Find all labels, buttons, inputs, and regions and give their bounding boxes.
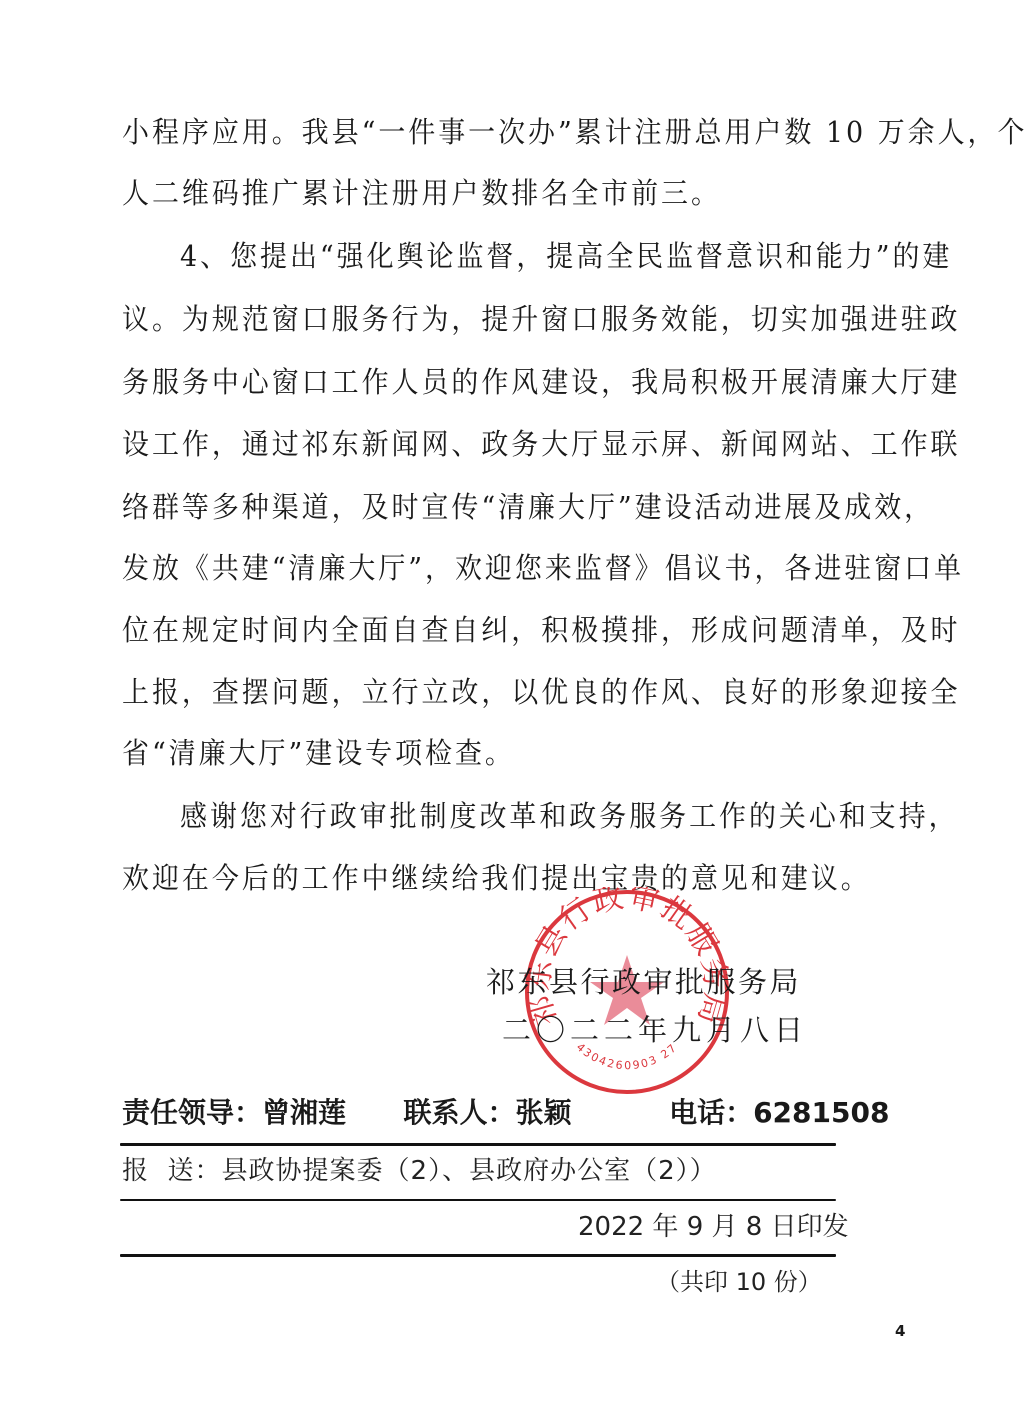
- phone-label: 电话：: [669, 1096, 753, 1129]
- issue-date: 2022 年 9 月 8 日印发: [578, 1207, 849, 1247]
- signature-date: 二〇二二年九月八日: [502, 1010, 808, 1050]
- leader-name: 曾湘莲: [262, 1096, 346, 1129]
- page-number: 4: [895, 1322, 905, 1340]
- body-line: 设工作，通过祁东新闻网、政务大厅显示屏、新闻网站、工作联: [122, 424, 960, 464]
- body-line: 务服务中心窗口工作人员的作风建设，我局积极开展清廉大厅建: [122, 362, 960, 402]
- body-line: 发放《共建“清廉大厅”，欢迎您来监督》倡议书，各进驻窗口单: [122, 548, 964, 588]
- body-line: 上报，查摆问题，立行立改，以优良的作风、良好的形象迎接全: [122, 672, 960, 712]
- body-line: 省“清廉大厅”建设专项检查。: [122, 733, 515, 773]
- divider: [120, 1143, 836, 1146]
- document-page: 小程序应用。我县“一件事一次办”累计注册总用户数 10 万余人，个 人二维码推广…: [0, 0, 1024, 1407]
- contact-name: 张颖: [516, 1096, 572, 1129]
- body-line: 位在规定时间内全面自查自纠，积极摸排，形成问题清单，及时: [122, 610, 960, 650]
- signature-org: 祁东县行政审批服务局: [486, 962, 801, 1002]
- copies-count: （共印 10 份）: [656, 1262, 822, 1302]
- body-line: 络群等多种渠道，及时宣传“清廉大厅”建设活动进展及成效，: [122, 487, 934, 527]
- body-line: 感谢您对行政审批制度改革和政务服务工作的关心和支持，: [180, 796, 959, 836]
- divider: [120, 1254, 836, 1257]
- body-line: 欢迎在今后的工作中继续给我们提出宝贵的意见和建议。: [122, 858, 871, 898]
- body-line: 小程序应用。我县“一件事一次办”累计注册总用户数 10 万余人，个: [122, 112, 1024, 152]
- contacts-row: 责任领导：曾湘莲 联系人：张颖 电话：6281508: [122, 1093, 889, 1133]
- report-to: 报 送：县政协提案委（2）、县政府办公室（2））: [122, 1151, 717, 1191]
- leader-label: 责任领导：: [122, 1096, 262, 1129]
- body-line: 议。为规范窗口服务行为，提升窗口服务效能，切实加强进驻政: [122, 299, 960, 339]
- contact-label: 联系人：: [404, 1096, 516, 1129]
- body-line: 4、您提出“强化舆论监督，提高全民监督意识和能力”的建: [180, 236, 952, 276]
- body-line: 人二维码推广累计注册用户数排名全市前三。: [122, 173, 721, 213]
- phone-number: 6281508: [753, 1096, 889, 1129]
- divider: [120, 1199, 836, 1201]
